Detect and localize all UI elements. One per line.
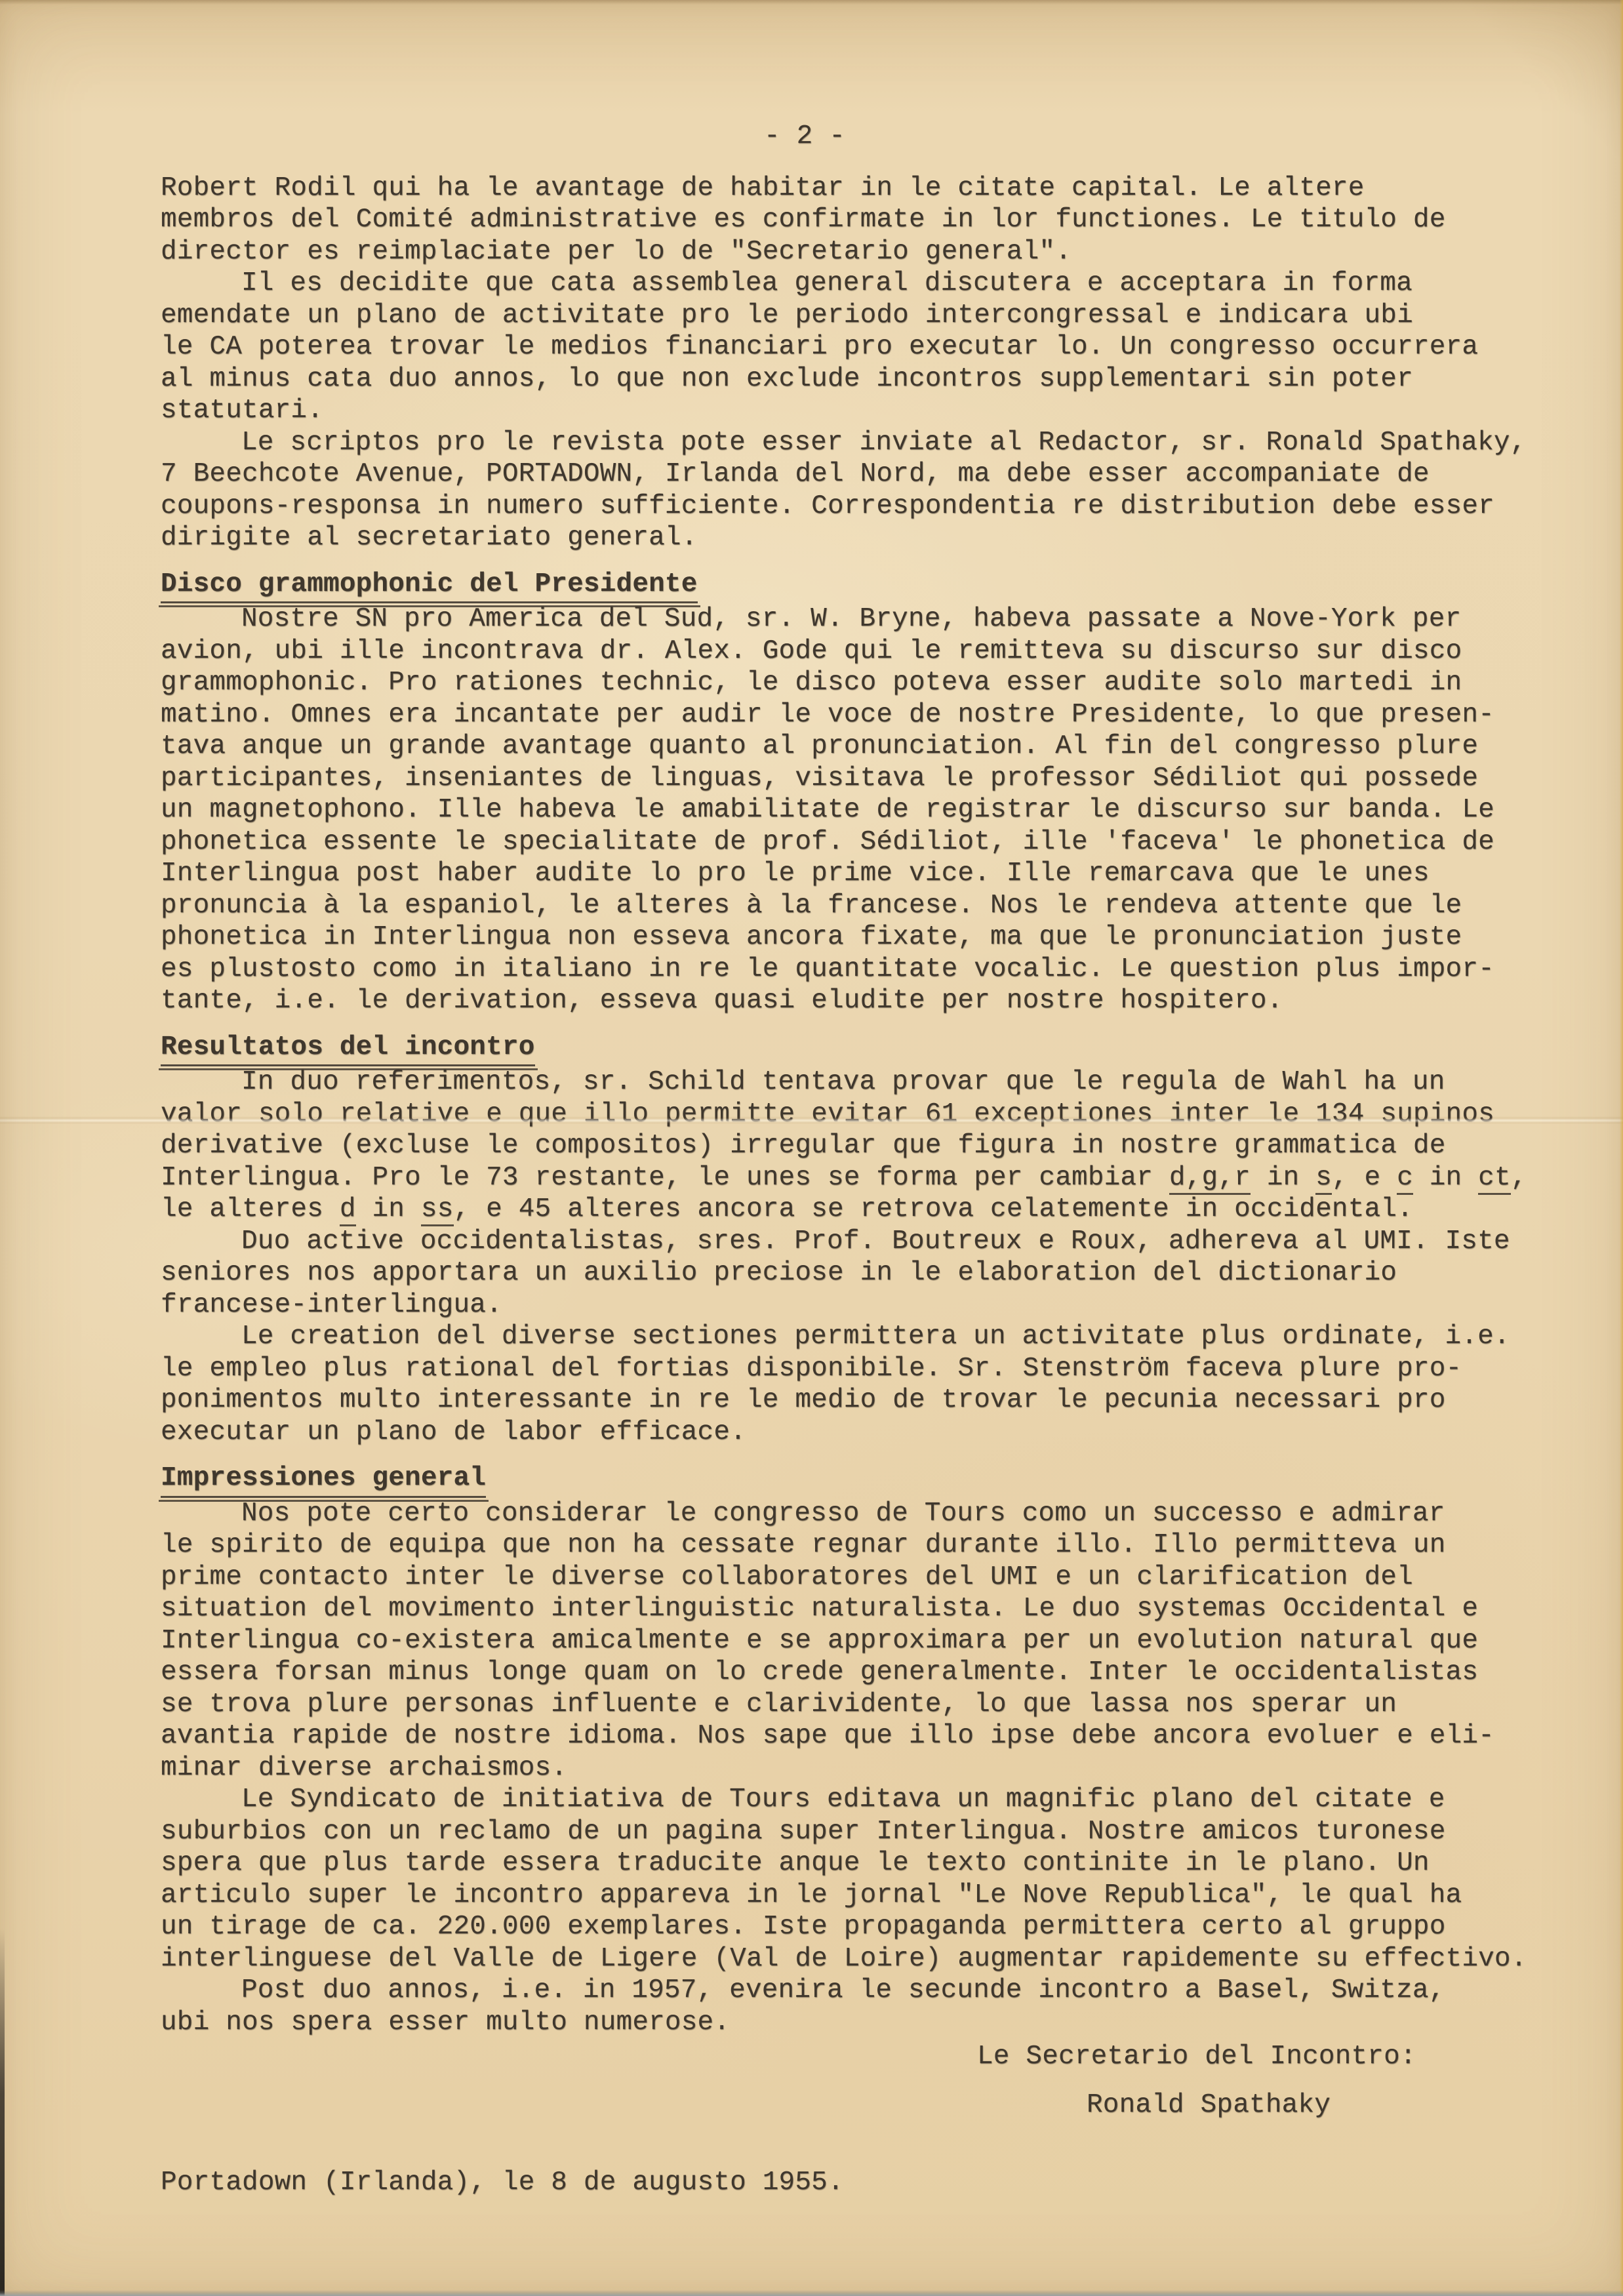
text-line: francese-interlingua. (161, 1289, 1557, 1321)
text-segment: , (1511, 1163, 1527, 1193)
text-line: Le Syndicato de initiativa de Tours edit… (161, 1784, 1557, 1816)
paragraph: Le creation del diverse sectiones permit… (161, 1321, 1557, 1448)
text-line: pronuncia à la espaniol, le alteres à la… (161, 890, 1557, 922)
paragraph: In duo referimentos, sr. Schild tentava … (161, 1066, 1557, 1226)
section-heading-text: Resultatos del incontro (161, 1032, 535, 1067)
text-line: statutari. (161, 395, 1557, 427)
text-segment: le alteres (161, 1194, 340, 1224)
text-line: Le scriptos pro le revista pote esser in… (161, 427, 1557, 459)
text-line: Nostre SN pro America del Sud, sr. W. Br… (161, 603, 1557, 635)
page-number: - 2 - (161, 121, 1557, 153)
text-line: situation del movimento interlinguistic … (161, 1593, 1557, 1625)
underlined-term: ct (1478, 1163, 1511, 1195)
scan-edge-right (1620, 0, 1623, 2296)
underlined-term: s (1315, 1163, 1332, 1195)
text-line: emendate un plano de activitate pro le p… (161, 300, 1557, 332)
paragraph: Nos pote certo considerar le congresso d… (161, 1498, 1557, 1784)
paragraph: Nostre SN pro America del Sud, sr. W. Br… (161, 603, 1557, 1017)
text-line: un tirage de ca. 220.000 exemplares. Ist… (161, 1911, 1557, 1943)
text-line: interlinguese del Valle de Ligere (Val d… (161, 1943, 1557, 1975)
text-line: director es reimplaciate per lo de "Secr… (161, 236, 1557, 268)
document-page: - 2 - Robert Rodil qui ha le avantage de… (0, 0, 1623, 2296)
text-segment: in (1413, 1163, 1478, 1193)
text-line: Le creation del diverse sectiones permit… (161, 1321, 1557, 1353)
text-segment: , e 45 alteres ancora se retrova celatem… (454, 1194, 1413, 1224)
text-line: es plustosto como in italiano in re le q… (161, 954, 1557, 986)
paragraph: Le Syndicato de initiativa de Tours edit… (161, 1784, 1557, 1975)
underlined-term: ss (421, 1194, 454, 1226)
scan-edge-left (0, 1929, 5, 2296)
section-heading: Resultatos del incontro (161, 1032, 1557, 1067)
text-line: Interlingua. Pro le 73 restante, le unes… (161, 1162, 1557, 1194)
text-line: le spirito de equipa que non ha cessate … (161, 1529, 1557, 1561)
text-line: executar un plano de labor efficace. (161, 1417, 1557, 1449)
text-line: seniores nos apportara un auxilio precio… (161, 1257, 1557, 1289)
scan-edge-bottom (0, 2290, 1623, 2296)
text-line: participantes, inseniantes de linguas, v… (161, 763, 1557, 795)
text-line: se trova plure personas influente e clar… (161, 1689, 1557, 1721)
text-line: valor solo relative e que illo permitte … (161, 1098, 1557, 1131)
text-line: essera forsan minus longe quam on lo cre… (161, 1657, 1557, 1689)
text-line: suburbios con un reclamo de un pagina su… (161, 1816, 1557, 1848)
text-line: phonetica essente le specialitate de pro… (161, 826, 1557, 858)
section-heading: Disco grammophonic del Presidente (161, 569, 1557, 604)
text-line: dirigite al secretariato general. (161, 522, 1557, 554)
text-line: derivative (excluse le compositos) irreg… (161, 1130, 1557, 1162)
text-line: avantia rapide de nostre idioma. Nos sap… (161, 1720, 1557, 1752)
text-line: ubi nos spera esser multo numerose. (161, 2007, 1557, 2039)
document-text-blocks: Robert Rodil qui ha le avantage de habit… (161, 172, 1557, 2199)
text-line: ponimentos multo interessante in re le m… (161, 1384, 1557, 1417)
signature-role-line: Le Secretario del Incontro: (977, 2041, 1557, 2073)
section-heading-text: Disco grammophonic del Presidente (161, 569, 698, 604)
text-line: le alteres d in ss, e 45 alteres ancora … (161, 1194, 1557, 1226)
text-line: matino. Omnes era incantate per audir le… (161, 699, 1557, 731)
paragraph: Le scriptos pro le revista pote esser in… (161, 427, 1557, 554)
text-line: Interlingua post haber audite lo pro le … (161, 858, 1557, 890)
section-heading: Impressiones general (161, 1462, 1557, 1498)
text-line: In duo referimentos, sr. Schild tentava … (161, 1066, 1557, 1098)
text-line: spera que plus tarde essera traducite an… (161, 1847, 1557, 1880)
text-line: tava anque un grande avantage quanto al … (161, 731, 1557, 763)
text-line: avion, ubi ille incontrava dr. Alex. God… (161, 635, 1557, 668)
text-line: le empleo plus rational del fortias disp… (161, 1353, 1557, 1385)
paragraph: Il es decidite que cata assemblea genera… (161, 268, 1557, 427)
section-heading-text: Impressiones general (161, 1462, 486, 1498)
text-line: al minus cata duo annos, lo que non excl… (161, 363, 1557, 395)
underlined-term: d,g,r (1169, 1163, 1251, 1195)
text-segment: Interlingua. Pro le 73 restante, le unes… (161, 1163, 1169, 1193)
signature-name-line: Ronald Spathaky (1087, 2089, 1557, 2122)
text-segment: in (1251, 1163, 1315, 1193)
text-line: Interlingua co-existera amicalmente e se… (161, 1625, 1557, 1657)
text-line: grammophonic. Pro rationes technic, le d… (161, 667, 1557, 699)
text-line: Duo active occidentalistas, sres. Prof. … (161, 1226, 1557, 1258)
text-line: Il es decidite que cata assemblea genera… (161, 268, 1557, 300)
text-segment: in (356, 1194, 421, 1224)
date-line: Portadown (Irlanda), le 8 de augusto 195… (161, 2167, 1557, 2199)
text-line: Post duo annos, i.e. in 1957, evenira le… (161, 1975, 1557, 2007)
paragraph: Duo active occidentalistas, sres. Prof. … (161, 1226, 1557, 1321)
paragraph: Robert Rodil qui ha le avantage de habit… (161, 172, 1557, 268)
underlined-term: d (340, 1194, 356, 1226)
text-line: coupons-responsa in numero sufficiente. … (161, 491, 1557, 523)
text-line: un magnetophono. Ille habeva le amabilit… (161, 794, 1557, 826)
text-line: membros del Comité administrative es con… (161, 204, 1557, 236)
text-line: Robert Rodil qui ha le avantage de habit… (161, 172, 1557, 205)
paragraph: Post duo annos, i.e. in 1957, evenira le… (161, 1975, 1557, 2038)
scan-edge-top (0, 0, 1623, 5)
text-line: minar diverse archaismos. (161, 1752, 1557, 1784)
text-line: le CA poterea trovar le medios financiar… (161, 331, 1557, 363)
text-line: prime contacto inter le diverse collabor… (161, 1561, 1557, 1594)
text-segment: , e (1332, 1163, 1397, 1193)
text-line: articulo super le incontro appareva in l… (161, 1880, 1557, 1912)
text-line: 7 Beechcote Avenue, PORTADOWN, Irlanda d… (161, 458, 1557, 491)
document-body: - 2 - Robert Rodil qui ha le avantage de… (161, 121, 1557, 2199)
text-line: phonetica in Interlingua non esseva anco… (161, 921, 1557, 954)
text-line: tante, i.e. le derivation, esseva quasi … (161, 985, 1557, 1017)
text-line: Nos pote certo considerar le congresso d… (161, 1498, 1557, 1530)
underlined-term: c (1397, 1163, 1413, 1195)
